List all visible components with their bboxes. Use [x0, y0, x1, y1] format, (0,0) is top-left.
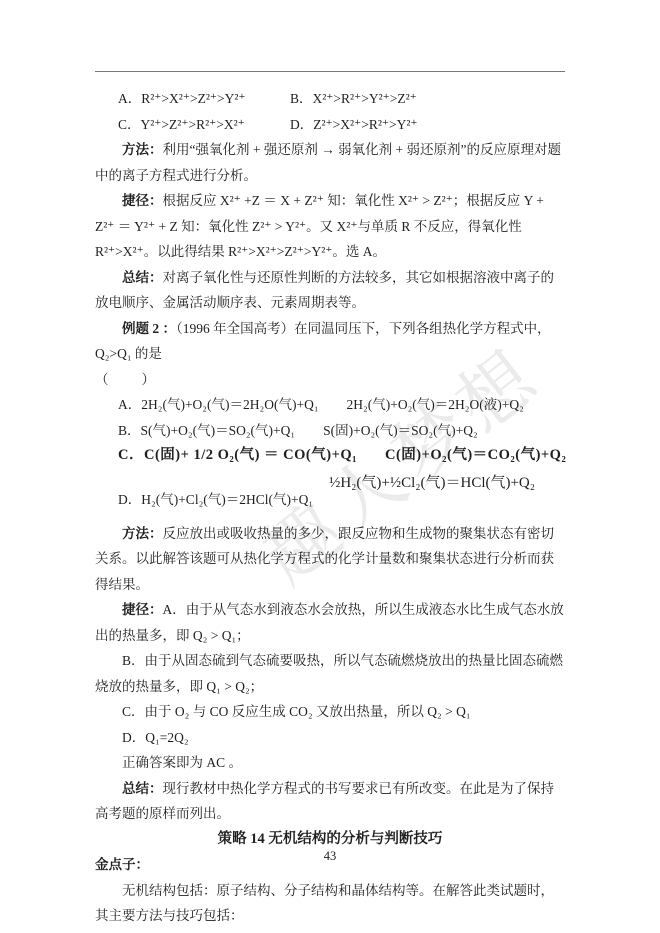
paragraph-method2: 方法：反应放出或吸收热量的多少，跟反应物和生成物的聚集状态有密切关系。以此解答该…: [95, 521, 565, 598]
question1-options-row-ab: A．R²⁺>X²⁺>Z²⁺>Y²⁺ B．X²⁺>R²⁺>Y²⁺>Z²⁺: [95, 86, 565, 112]
paragraph-summary1: 总结：对离子氧化性与还原性判断的方法较多，其它如根据溶液中离子的放电顺序、金属活…: [95, 265, 565, 316]
page-number: 43: [0, 849, 660, 864]
example2-option-c: C．C(固)+ 1/2 O₂(气) ＝ CO(气)+Q₁C(固)+O₂(气)＝C…: [118, 443, 565, 469]
explanation-item-d: D．Q₁=2Q₂: [95, 725, 565, 751]
paragraph-summary2: 总结：现行教材中热化学方程式的书写要求已有所改变。在此是为了保持高考题的原样而列…: [95, 776, 565, 827]
explanation-item-b: B．由于从固态硫到气态硫要吸热，所以气态硫燃烧放出的热量比固态硫燃烧放的热量多，…: [95, 648, 565, 699]
document-page: 趣人梦想 A．R²⁺>X²⁺>Z²⁺>Y²⁺ B．X²⁺>R²⁺>Y²⁺>Z²⁺…: [0, 0, 660, 933]
method1-text: 利用“强氧化剂 + 强还原剂 → 弱氧化剂 + 弱还原剂”的反应原理对题中的离子…: [95, 142, 561, 183]
method2-label: 方法：: [122, 526, 163, 541]
equation-b2: S(固)+O₂(气)＝SO₂(气)+Q₂: [323, 423, 478, 438]
question1-options-row-cd: C．Y²⁺>Z²⁺>R²⁺>X²⁺ D．Z²⁺>X²⁺>R²⁺>Y²⁺: [95, 112, 565, 138]
summary2-label: 总结：: [122, 781, 163, 796]
paragraph-shortcut2: 捷径：A．由于从气态水到液态水会放热，所以生成液态水比生成气态水放出的热量多，即…: [95, 597, 565, 648]
option-b: B．X²⁺>R²⁺>Y²⁺>Z²⁺: [290, 86, 417, 112]
equation-d1: D．H₂(气)+Cl₂(气)＝2HCl(气)+Q₁: [118, 487, 313, 513]
paragraph-inorganic-intro: 无机结构包括：原子结构、分子结构和晶体结构等。在解答此类试题时，其主要方法与技巧…: [95, 878, 565, 929]
equation-a1: A．2H₂(气)+O₂(气)＝2H₂O(气)+Q₁: [118, 397, 319, 412]
answer-blank-parentheses: （ ）: [95, 367, 565, 393]
option-d: D．Z²⁺>X²⁺>R²⁺>Y²⁺: [290, 112, 418, 138]
shortcut1-label: 捷径：: [122, 193, 163, 208]
equation-a2: 2H₂(气)+O₂(气)＝2H₂O(液)+Q₂: [347, 397, 524, 412]
paragraph-method1: 方法：利用“强氧化剂 + 强还原剂 → 弱氧化剂 + 弱还原剂”的反应原理对题中…: [95, 137, 565, 188]
summary1-label: 总结：: [122, 270, 163, 285]
explanation-item-c: C．由于 O₂ 与 CO 反应生成 CO₂ 又放出热量，所以 Q₂ > Q₁: [95, 699, 565, 725]
summary1-text: 对离子氧化性与还原性判断的方法较多，其它如根据溶液中离子的放电顺序、金属活动顺序…: [95, 270, 554, 311]
shortcut2-text: A．由于从气态水到液态水会放热，所以生成液态水比生成气态水放出的热量多，即 Q₂…: [95, 602, 564, 643]
paragraph-example2: 例题 2 ：（1996 年全国高考）在同温同压下，下列各组热化学方程式中，Q₂>…: [95, 316, 565, 367]
page-content: A．R²⁺>X²⁺>Z²⁺>Y²⁺ B．X²⁺>R²⁺>Y²⁺>Z²⁺ C．Y²…: [95, 0, 565, 929]
method2-text: 反应放出或吸收热量的多少，跟反应物和生成物的聚集状态有密切关系。以此解答该题可从…: [95, 526, 554, 592]
answer-statement: 正确答案即为 AC 。: [95, 750, 565, 776]
example2-option-b: B．S(气)+O₂(气)＝SO₂(气)+Q₁S(固)+O₂(气)＝SO₂(气)+…: [118, 418, 565, 444]
equation-c1: C．C(固)+ 1/2 O₂(气) ＝ CO(气)+Q₁: [118, 447, 357, 463]
shortcut2-label: 捷径：: [122, 602, 163, 617]
example2-option-a: A．2H₂(气)+O₂(气)＝2H₂O(气)+Q₁2H₂(气)+O₂(气)＝2H…: [118, 392, 565, 418]
summary2-text: 现行教材中热化学方程式的书写要求已有所改变。在此是为了保持高考题的原样而列出。: [95, 781, 554, 822]
equation-b1: B．S(气)+O₂(气)＝SO₂(气)+Q₁: [118, 423, 295, 438]
paragraph-shortcut1: 捷径：根据反应 X²⁺ +Z ＝ X + Z²⁺ 知：氧化性 X²⁺ > Z²⁺…: [95, 188, 565, 265]
option-a: A．R²⁺>X²⁺>Z²⁺>Y²⁺: [118, 86, 290, 112]
method1-label: 方法：: [122, 142, 163, 157]
shortcut1-text: 根据反应 X²⁺ +Z ＝ X + Z²⁺ 知：氧化性 X²⁺ > Z²⁺；根据…: [95, 193, 544, 259]
equation-c2: C(固)+O₂(气)＝CO₂(气)+Q₂: [385, 447, 566, 463]
equation-d2: ½H₂(气)+½Cl₂(气)＝HCl(气)+Q₂: [329, 471, 535, 497]
option-c: C．Y²⁺>Z²⁺>R²⁺>X²⁺: [118, 112, 290, 138]
example2-label: 例题 2 ：: [122, 321, 176, 336]
example2-option-d: D．H₂(气)+Cl₂(气)＝2HCl(气)+Q₁ ½H₂(气)+½Cl₂(气)…: [118, 469, 565, 521]
